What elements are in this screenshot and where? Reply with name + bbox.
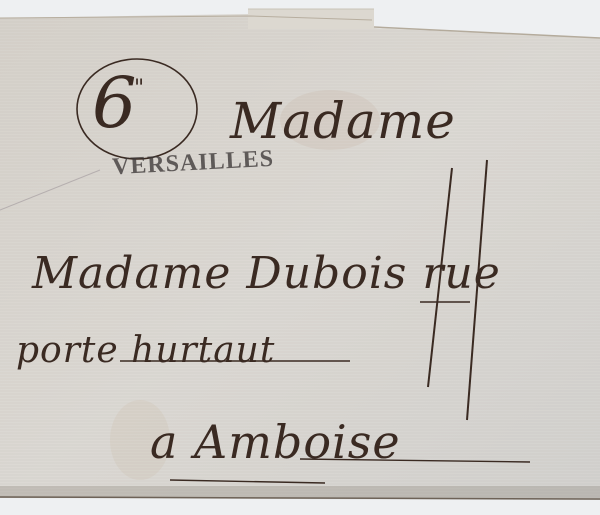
address-line-2: porte hurtaut — [16, 330, 275, 371]
destination-text: a Amboise — [150, 415, 401, 469]
address-line-1: Madame Dubois rue — [32, 248, 501, 299]
rate-suffix: " — [134, 76, 144, 101]
salutation-text: Madame — [230, 92, 456, 150]
rate-mark: 6 — [92, 62, 137, 144]
letter-cover: 6 " VERSAILLES Madame Madame Dubois rue … — [0, 0, 600, 515]
